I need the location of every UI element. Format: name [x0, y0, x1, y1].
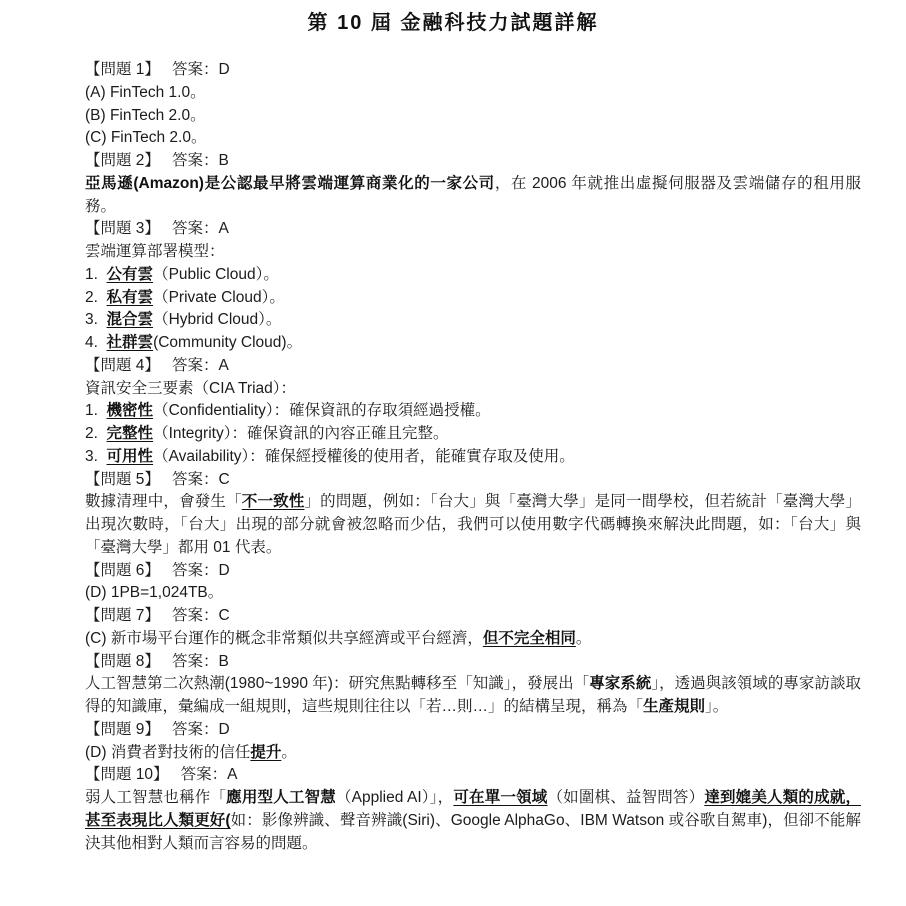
line-q4-explanation-intro: 資訊安全三要素（CIA Triad）：: [85, 378, 861, 401]
text-segment: 人工智慧第二次熱潮(1980~1990 年)：研究焦點轉移至「知識」，發展出「: [85, 675, 589, 692]
text-segment: （如圍棋、益智問答）: [547, 789, 704, 806]
text-segment: 【問題 10】 答案：A: [85, 766, 237, 783]
text-segment: 2.: [85, 289, 107, 306]
text-segment: 【問題 9】 答案：D: [85, 721, 230, 738]
text-segment: (C) 新市場平台運作的概念非常類似共享經濟或平台經濟，: [85, 630, 483, 647]
text-segment: 。: [576, 630, 592, 647]
text-segment: 2.: [85, 425, 107, 442]
text-segment: （Hybrid Cloud）。: [153, 311, 281, 328]
text-segment: 不一致性: [242, 493, 305, 510]
text-segment: 【問題 1】 答案：D: [85, 61, 230, 78]
line-q8-explanation: 人工智慧第二次熱潮(1980~1990 年)：研究焦點轉移至「知識」，發展出「專…: [85, 673, 861, 719]
line-q3-list-item-3: 3. 混合雲（Hybrid Cloud）。: [85, 309, 861, 332]
text-segment: 但不完全相同: [483, 630, 576, 647]
text-segment: 公有雲: [107, 266, 154, 283]
text-segment: 專家系統: [589, 675, 651, 692]
line-q5-explanation: 數據清理中，會發生「不一致性」的問題，例如：「台大」與「臺灣大學」是同一間學校，…: [85, 491, 861, 559]
line-q10-explanation: 弱人工智慧也稱作「應用型人工智慧（Applied AI）」，可在單一領域（如圍棋…: [85, 787, 861, 855]
text-segment: （Confidentiality）：確保資訊的存取須經過授權。: [153, 402, 491, 419]
text-segment: （Applied AI）」，: [336, 789, 453, 806]
line-q2-explanation: 亞馬遜(Amazon)是公認最早將雲端運算商業化的一家公司，在 2006 年就推…: [85, 173, 861, 219]
line-q4-list-item-2: 2. 完整性（Integrity）：確保資訊的內容正確且完整。: [85, 423, 861, 446]
line-q7-option-c: (C) 新市場平台運作的概念非常類似共享經濟或平台經濟，但不完全相同。: [85, 628, 861, 651]
line-q8-header: 【問題 8】 答案：B: [85, 651, 861, 674]
text-segment: 【問題 7】 答案：C: [85, 607, 230, 624]
text-segment: 生產規則: [643, 698, 705, 715]
text-segment: 私有雲: [107, 289, 154, 306]
text-segment: (B) FinTech 2.0。: [85, 107, 206, 124]
line-q10-header: 【問題 10】 答案：A: [85, 764, 861, 787]
text-segment: 資訊安全三要素（CIA Triad）：: [85, 380, 296, 397]
text-segment: 亞馬遜(Amazon)是公認最早將雲端運算商業化的一家公司: [85, 175, 495, 192]
text-segment: 弱人工智慧也稱作「: [85, 789, 226, 806]
text-segment: 【問題 2】 答案：B: [85, 152, 229, 169]
text-segment: （Public Cloud）。: [153, 266, 279, 283]
line-q3-list-item-1: 1. 公有雲（Public Cloud）。: [85, 264, 861, 287]
text-segment: 」。: [705, 698, 728, 715]
line-q6-option-d: (D) 1PB=1,024TB。: [85, 582, 861, 605]
text-segment: （Availability）：確保經授權後的使用者，能確實存取及使用。: [153, 448, 575, 465]
text-segment: (C) FinTech 2.0。: [85, 129, 206, 146]
line-q1-option-a: (A) FinTech 1.0。: [85, 82, 861, 105]
line-q1-header: 【問題 1】 答案：D: [85, 59, 861, 82]
text-segment: 混合雲: [107, 311, 154, 328]
line-q9-option-d: (D) 消費者對技術的信任提升。: [85, 742, 861, 765]
text-segment: (D) 1PB=1,024TB。: [85, 584, 223, 601]
line-q5-header: 【問題 5】 答案：C: [85, 469, 861, 492]
text-segment: 3.: [85, 311, 107, 328]
line-q3-list-item-4: 4. 社群雲(Community Cloud)。: [85, 332, 861, 355]
text-segment: (Community Cloud)。: [153, 334, 302, 351]
line-q1-option-c: (C) FinTech 2.0。: [85, 127, 861, 150]
line-q9-header: 【問題 9】 答案：D: [85, 719, 861, 742]
text-segment: 【問題 8】 答案：B: [85, 653, 229, 670]
text-segment: 【問題 4】 答案：A: [85, 357, 229, 374]
document-body: 【問題 1】 答案：D(A) FinTech 1.0。(B) FinTech 2…: [85, 59, 861, 855]
text-segment: 【問題 3】 答案：A: [85, 220, 229, 237]
text-segment: 1.: [85, 402, 107, 419]
text-segment: 3.: [85, 448, 107, 465]
text-segment: (D) 消費者對技術的信任: [85, 744, 250, 761]
text-segment: 雲端運算部署模型：: [85, 243, 225, 260]
text-segment: 數據清理中，會發生「: [85, 493, 242, 510]
text-segment: 【問題 5】 答案：C: [85, 471, 230, 488]
text-segment: 完整性: [107, 425, 154, 442]
text-segment: 機密性: [107, 402, 154, 419]
line-q4-list-item-1: 1. 機密性（Confidentiality）：確保資訊的存取須經過授權。: [85, 400, 861, 423]
page-title: 第 10 屆 金融科技力試題詳解: [0, 6, 906, 35]
exam-answer-document: 第 10 屆 金融科技力試題詳解 【問題 1】 答案：D(A) FinTech …: [0, 0, 906, 906]
line-q2-header: 【問題 2】 答案：B: [85, 150, 861, 173]
text-segment: 1.: [85, 266, 107, 283]
text-segment: （Private Cloud）。: [153, 289, 285, 306]
line-q1-option-b: (B) FinTech 2.0。: [85, 105, 861, 128]
line-q7-header: 【問題 7】 答案：C: [85, 605, 861, 628]
text-segment: 可在單一領域: [453, 789, 547, 806]
line-q3-explanation-intro: 雲端運算部署模型：: [85, 241, 861, 264]
text-segment: 提升: [250, 744, 281, 761]
text-segment: 應用型人工智慧: [226, 789, 336, 806]
text-segment: 4.: [85, 334, 107, 351]
line-q4-list-item-3: 3. 可用性（Availability）：確保經授權後的使用者，能確實存取及使用…: [85, 446, 861, 469]
line-q3-list-item-2: 2. 私有雲（Private Cloud）。: [85, 287, 861, 310]
line-q6-header: 【問題 6】 答案：D: [85, 560, 861, 583]
text-segment: 。: [281, 744, 297, 761]
text-segment: 【問題 6】 答案：D: [85, 562, 230, 579]
line-q4-header: 【問題 4】 答案：A: [85, 355, 861, 378]
text-segment: (A) FinTech 1.0。: [85, 84, 206, 101]
text-segment: 可用性: [107, 448, 154, 465]
text-segment: 社群雲: [107, 334, 154, 351]
text-segment: （Integrity）：確保資訊的內容正確且完整。: [153, 425, 448, 442]
line-q3-header: 【問題 3】 答案：A: [85, 218, 861, 241]
